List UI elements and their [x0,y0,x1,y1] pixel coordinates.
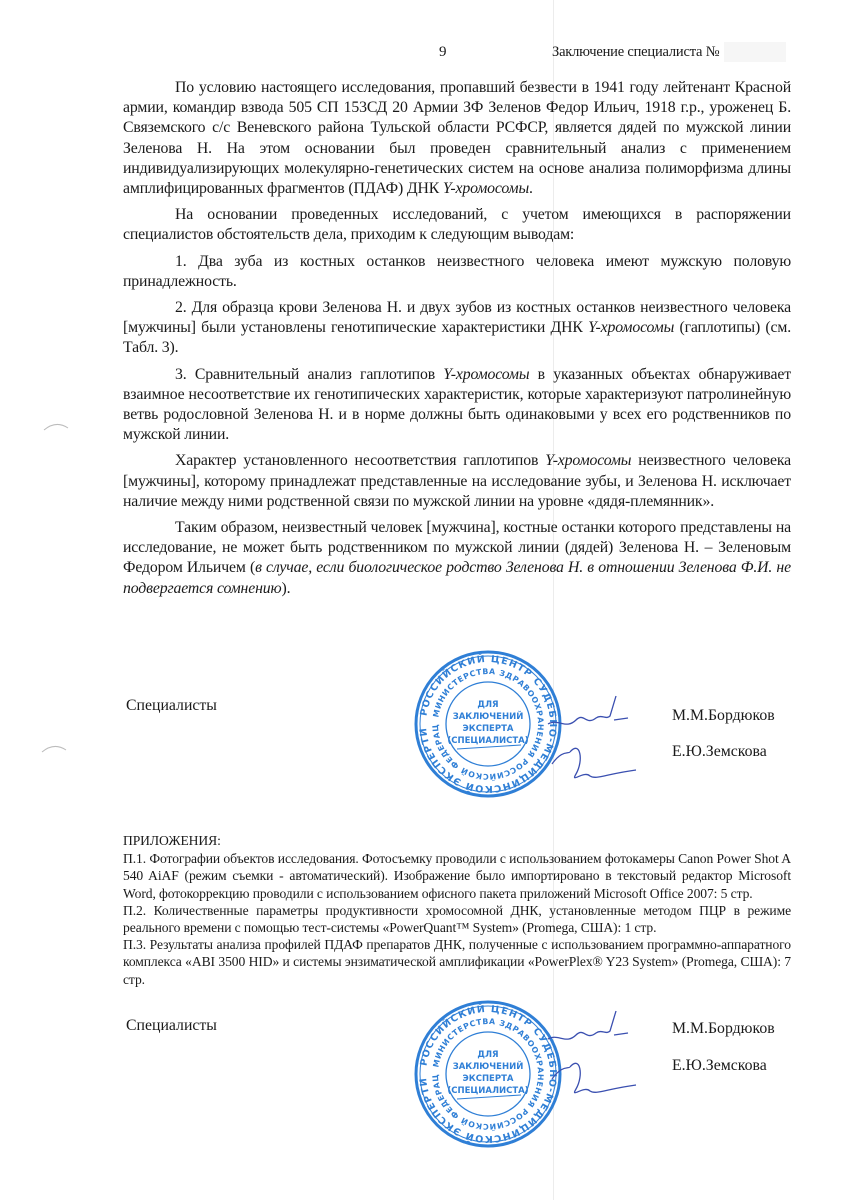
conclusion-3: 3. Сравнительный анализ гаплотипов Y-хро… [123,365,791,446]
specialists-label-2: Специалисты [126,1017,217,1035]
body-text: По условию настоящего исследования, проп… [123,78,791,605]
paragraph-mismatch: Характер установленного несоответствия г… [123,451,791,512]
document-page: 9 Заключение специалиста № По условию на… [0,0,848,1200]
redacted-number [724,42,786,62]
paragraph-intro-conclusions: На основании проведенных исследований, с… [123,205,791,245]
paragraph-final-conclusion: Таким образом, неизвестный человек [мужч… [123,518,791,599]
punch-mark-bottom [40,740,68,754]
svg-text:ЭКСПЕРТА: ЭКСПЕРТА [463,724,514,734]
svg-text:ЗАКЛЮЧЕНИЙ: ЗАКЛЮЧЕНИЙ [453,1060,524,1072]
svg-text:ДЛЯ: ДЛЯ [477,700,498,710]
paragraph-subject: По условию настоящего исследования, проп… [123,78,791,199]
specialist-name-2-2: Е.Ю.Земскова [672,1057,767,1075]
appendix-section: ПРИЛОЖЕНИЯ: П.1. Фотографии объектов исс… [123,832,791,988]
appendix-title: ПРИЛОЖЕНИЯ: [123,832,791,849]
svg-text:(СПЕЦИАЛИСТА): (СПЕЦИАЛИСТА) [447,1086,528,1096]
specialist-name-2-1: М.М.Бордюков [672,1020,775,1038]
specialist-name-1: М.М.Бордюков [672,707,775,725]
signature-bordyukov-icon [540,690,650,790]
svg-text:ДЛЯ: ДЛЯ [477,1050,498,1060]
punch-mark-top [42,418,70,432]
page-number: 9 [439,44,447,61]
appendix-item-2: П.2. Количественные параметры продуктивн… [123,902,791,936]
signature-zemskova-icon [540,1005,650,1105]
conclusion-2: 2. Для образца крови Зеленова Н. и двух … [123,298,791,359]
svg-text:ЗАКЛЮЧЕНИЙ: ЗАКЛЮЧЕНИЙ [453,710,524,722]
conclusion-1: 1. Два зуба из костных останков неизвест… [123,252,791,292]
svg-text:ЭКСПЕРТА: ЭКСПЕРТА [463,1074,514,1084]
specialist-name-2: Е.Ю.Земскова [672,743,767,761]
specialists-label: Специалисты [126,697,217,715]
svg-text:(СПЕЦИАЛИСТА): (СПЕЦИАЛИСТА) [447,736,528,746]
appendix-item-1: П.1. Фотографии объектов исследования. Ф… [123,850,791,902]
document-header-title: Заключение специалиста № [552,44,719,61]
appendix-item-3: П.3. Результаты анализа профилей ПДАФ пр… [123,936,791,988]
